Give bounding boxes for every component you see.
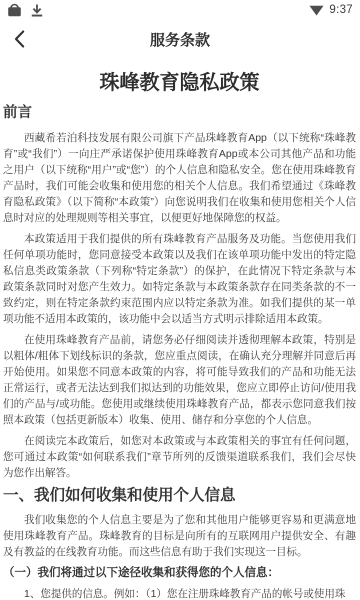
preface-paragraph-4: 在阅读完本政策后，如您对本政策或与本政策相关的事宜有任何问题，您可通过本政策“如… (3, 433, 356, 481)
section1-item-1-partial: 1、您提供的信息。例如：（1）您在注册珠峰教育产品的帐号或使用珠 (3, 586, 356, 600)
preface-paragraph-1: 西藏希若泊科技发展有限公司旗下产品珠峰教育App（以下统称“珠峰教育”或“我们”… (3, 130, 356, 226)
section1-subheading: （一）我们将通过以下途径收集和获得您的个人信息： (3, 565, 356, 581)
status-bar-system: 9:37 (309, 4, 353, 16)
preface-heading: 前言 (3, 105, 356, 121)
back-button[interactable] (8, 25, 31, 53)
status-bar: 9:37 (0, 0, 360, 20)
policy-scroll-area[interactable]: 珠峰教育隐私政策 前言 西藏希若泊科技发展有限公司旗下产品珠峰教育App（以下统… (0, 70, 360, 600)
back-chevron-icon (14, 36, 25, 51)
app-screen: 9:37 服务条款 珠峰教育隐私政策 前言 西藏希若泊科技发展有限公司旗下产品珠… (0, 0, 360, 600)
status-bar-notifications (7, 3, 43, 17)
section1-heading: 一、我们如何收集和使用个人信息 (3, 486, 356, 506)
page-title: 珠峰教育隐私政策 (3, 70, 356, 96)
preface-paragraph-2: 本政策适用于我们提供的所有珠峰教育产品服务及功能。当您使用我们任何单项功能时，您… (3, 231, 356, 327)
bag-notification-icon (7, 3, 22, 17)
preface-paragraph-3: 在使用珠峰教育产品前，请您务必仔细阅读并透彻理解本政策，特别是以粗体/粗体下划线… (3, 332, 356, 428)
header-bar: 服务条款 (0, 20, 360, 58)
status-time: 9:37 (329, 4, 353, 16)
header-title: 服务条款 (0, 29, 360, 50)
download-icon (31, 4, 43, 17)
section1-intro-paragraph: 我们收集您的个人信息主要是为了您和其他用户能够更容易和更满意地使用珠峰教育产品。… (3, 512, 356, 560)
wifi-icon (309, 5, 324, 16)
